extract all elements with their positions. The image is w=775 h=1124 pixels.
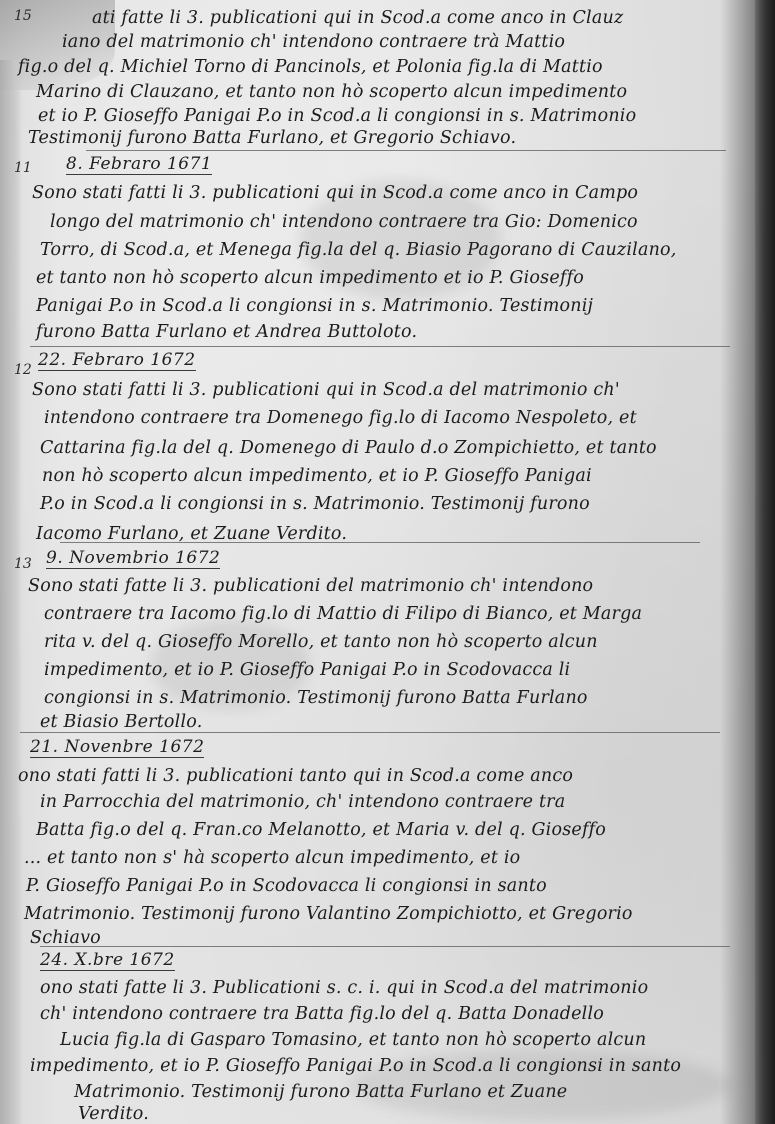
entry-line: rita v. del q. Gioseffo Morello, et tant… [44, 632, 598, 652]
entry-line: Batta fig.o del q. Fran.co Melanotto, et… [36, 820, 606, 840]
entry-line: congionsi in s. Matrimonio. Testimonij f… [44, 688, 588, 708]
entry-line: Sono stati fatte li 3. publicationi del … [28, 576, 593, 596]
entry-line: Panigai P.o in Scod.a li congionsi in s.… [36, 296, 593, 316]
entry-line: P. Gioseffo Panigai P.o in Scodovacca li… [26, 876, 547, 896]
entry-number: 13 [14, 556, 32, 572]
entry-line: Matrimonio. Testimonij furono Valantino … [24, 904, 633, 924]
entry-divider [86, 150, 726, 151]
manuscript-page: 15 ati fatte li 3. publicationi qui in S… [0, 0, 775, 1124]
entry-date: 9. Novembrio 1672 [46, 548, 220, 569]
entry-date: 24. X.bre 1672 [40, 950, 175, 971]
entry-divider [60, 542, 700, 543]
entry-number: 11 [14, 160, 32, 176]
entry-line: ch' intendono contraere tra Batta fig.lo… [40, 1004, 604, 1024]
entry-line: Testimonij furono Batta Furlano, et Greg… [28, 128, 516, 148]
entry-divider [20, 732, 720, 733]
entry-line: impedimento, et io P. Gioseffo Panigai P… [30, 1056, 681, 1076]
entry-line: Torro, di Scod.a, et Menega fig.la del q… [40, 240, 677, 260]
entry-line: ... et tanto non s' hà scoperto alcun im… [24, 848, 520, 868]
entry-line: iano del matrimonio ch' intendono contra… [62, 32, 565, 52]
entry-line: Matrimonio. Testimonij furono Batta Furl… [74, 1082, 567, 1102]
entry-line: longo del matrimonio ch' intendono contr… [50, 212, 638, 232]
entry-divider [30, 346, 730, 347]
entry-date: 8. Febraro 1671 [66, 154, 212, 175]
entry-line: et tanto non hò scoperto alcun impedimen… [36, 268, 584, 288]
entry-date: 22. Febraro 1672 [38, 350, 196, 371]
entry-line: ono stati fatti li 3. publicationi tanto… [18, 766, 573, 786]
entry-line: Sono stati fatti li 3. publicationi qui … [32, 183, 638, 203]
entry-line: furono Batta Furlano et Andrea Buttoloto… [36, 322, 417, 342]
entry-line: non hò scoperto alcun impedimento, et io… [42, 466, 592, 486]
entry-line: in Parrocchia del matrimonio, ch' intend… [40, 792, 565, 812]
entry-line: impedimento, et io P. Gioseffo Panigai P… [44, 660, 570, 680]
entry-line: Schiavo [30, 928, 101, 948]
entry-line: Iacomo Furlano, et Zuane Verdito. [36, 524, 347, 544]
left-edge-wear [0, 60, 22, 1124]
entry-line: ono stati fatte li 3. Publicationi s. c.… [40, 978, 648, 998]
entry-line: et Biasio Bertollo. [40, 712, 202, 732]
binding-shadow [755, 0, 775, 1124]
entry-line: Sono stati fatti li 3. publicationi qui … [32, 380, 620, 400]
entry-line: Lucia fig.la di Gasparo Tomasino, et tan… [60, 1030, 646, 1050]
entry-line: intendono contraere tra Domenego fig.lo … [44, 408, 637, 428]
entry-line: fig.o del q. Michiel Torno di Pancinols,… [18, 57, 603, 77]
entry-number: 15 [14, 8, 32, 24]
entry-line: Verdito. [78, 1104, 149, 1124]
entry-line: P.o in Scod.a li congionsi in s. Matrimo… [40, 494, 590, 514]
entry-line: contraere tra Iacomo fig.lo di Mattio di… [44, 604, 642, 624]
entry-date: 21. Novenbre 1672 [30, 737, 204, 758]
entry-number: 12 [14, 362, 32, 378]
entry-line: ati fatte li 3. publicationi qui in Scod… [92, 8, 623, 28]
entry-divider [40, 946, 730, 947]
entry-line: Cattarina fig.la del q. Domenego di Paul… [40, 438, 657, 458]
entry-line: Marino di Clauzano, et tanto non hò scop… [36, 82, 627, 102]
entry-line: et io P. Gioseffo Panigai P.o in Scod.a … [38, 106, 636, 126]
